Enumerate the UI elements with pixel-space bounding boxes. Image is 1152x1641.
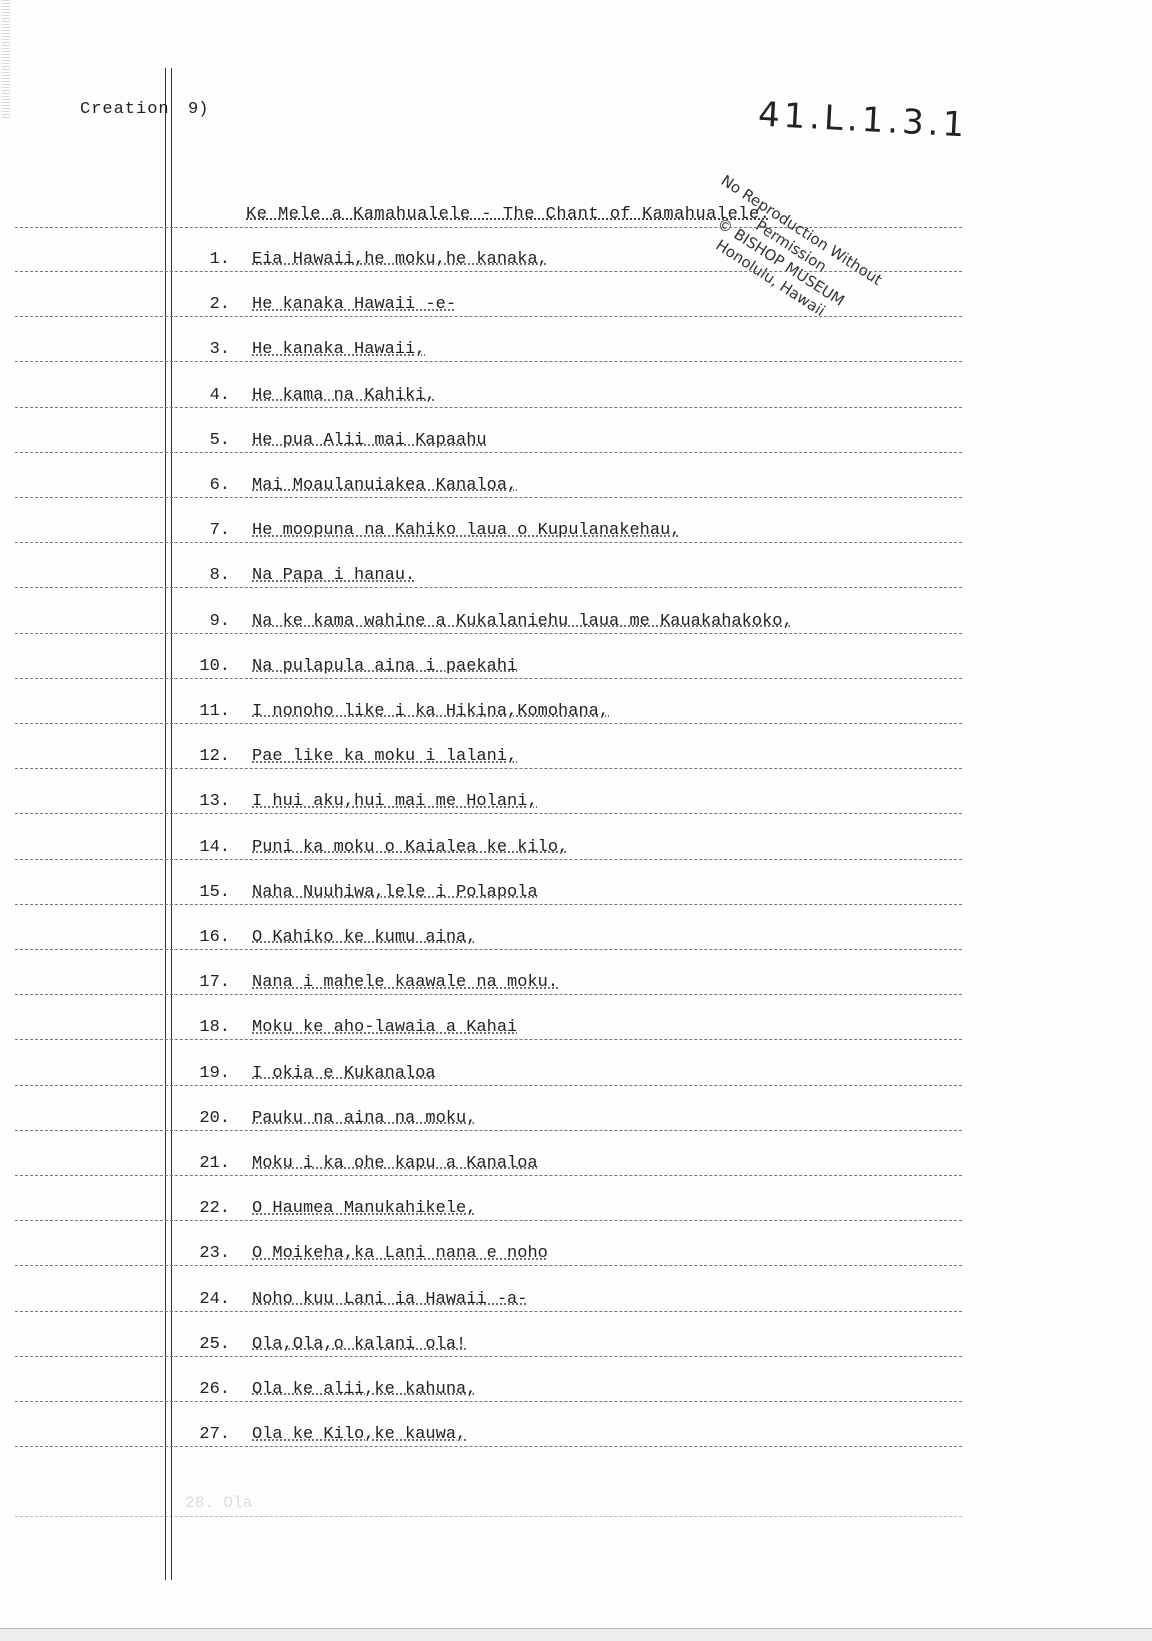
chant-title: Ke Mele a Kamahualele - The Chant of Kam… xyxy=(246,205,770,224)
page-marker: 9) xyxy=(188,100,208,119)
faint-line-28: 28. Ola xyxy=(185,1494,252,1512)
ruled-line xyxy=(15,949,962,950)
line-number: 9. xyxy=(180,612,230,631)
ruled-line xyxy=(15,768,962,769)
line-number: 4. xyxy=(180,386,230,405)
document-page: Creation 9) 41.L.1.3.1 No Reproduction W… xyxy=(0,0,1152,1641)
line-text: Nana i mahele kaawale na moku. xyxy=(252,973,558,992)
ruled-line xyxy=(15,271,962,272)
ruled-line xyxy=(15,1265,962,1266)
ruled-line xyxy=(15,1446,962,1447)
line-text: Na pulapula aina i paekahi xyxy=(252,657,517,676)
line-text: Pae like ka moku i lalani, xyxy=(252,747,517,766)
line-text: O Moikeha,ka Lani nana e noho xyxy=(252,1244,548,1263)
ruled-line xyxy=(15,904,962,905)
line-text: He kanaka Hawaii, xyxy=(252,340,425,359)
ruled-line xyxy=(15,994,962,995)
line-number: 22. xyxy=(180,1199,230,1218)
line-text: Ola ke alii,ke kahuna, xyxy=(252,1380,476,1399)
line-text: He moopuna na Kahiko laua o Kupulanakeha… xyxy=(252,521,680,540)
line-number: 7. xyxy=(180,521,230,540)
catalog-number: 41.L.1.3.1 xyxy=(757,95,969,146)
line-text: O Haumea Manukahikele, xyxy=(252,1199,476,1218)
line-text: Puni ka moku o Kaialea ke kilo, xyxy=(252,838,568,857)
line-text: He pua Alii mai Kapaahu xyxy=(252,431,487,450)
line-number: 14. xyxy=(180,838,230,857)
line-number: 19. xyxy=(180,1064,230,1083)
ruled-line xyxy=(15,859,962,860)
ruled-line xyxy=(15,813,962,814)
line-text: Naha Nuuhiwa,lele i Polapola xyxy=(252,883,538,902)
ruled-line xyxy=(15,723,962,724)
line-number: 5. xyxy=(180,431,230,450)
line-text: Na ke kama wahine a Kukalaniehu laua me … xyxy=(252,612,793,631)
line-number: 16. xyxy=(180,928,230,947)
ruled-line xyxy=(15,542,962,543)
line-number: 13. xyxy=(180,792,230,811)
ruled-line xyxy=(15,316,962,317)
ruled-line xyxy=(15,497,962,498)
line-text: Na Papa i hanau. xyxy=(252,566,415,585)
line-text: He kanaka Hawaii -e- xyxy=(252,295,456,314)
ruled-line xyxy=(15,1220,962,1221)
line-text: Pauku na aina na moku, xyxy=(252,1109,476,1128)
scan-edge-artifact xyxy=(2,0,10,120)
line-number: 17. xyxy=(180,973,230,992)
line-number: 8. xyxy=(180,566,230,585)
margin-rule xyxy=(165,68,172,1580)
line-number: 26. xyxy=(180,1380,230,1399)
line-text: I hui aku,hui mai me Holani, xyxy=(252,792,538,811)
line-number: 12. xyxy=(180,747,230,766)
ruled-line xyxy=(15,633,962,634)
line-text: I okia e Kukanaloa xyxy=(252,1064,436,1083)
line-text: I nonoho like i ka Hikina,Komohana, xyxy=(252,702,609,721)
line-number: 18. xyxy=(180,1018,230,1037)
line-number: 23. xyxy=(180,1244,230,1263)
ruled-line xyxy=(15,1039,962,1040)
line-text: He kama na Kahiki, xyxy=(252,386,436,405)
line-text: O Kahiko ke kumu aina, xyxy=(252,928,476,947)
line-number: 10. xyxy=(180,657,230,676)
line-text: Ola,Ola,o kalani ola! xyxy=(252,1335,466,1354)
ruled-line xyxy=(15,452,962,453)
page-bottom-edge xyxy=(0,1628,1152,1641)
line-number: 15. xyxy=(180,883,230,902)
line-text: Ola ke Kilo,ke kauwa, xyxy=(252,1425,466,1444)
line-number: 11. xyxy=(180,702,230,721)
ruled-line xyxy=(15,1401,962,1402)
line-text: Noho kuu Lani ia Hawaii -a- xyxy=(252,1290,527,1309)
ruled-line xyxy=(15,678,962,679)
ruled-line xyxy=(15,1311,962,1312)
line-text: Mai Moaulanuiakea Kanaloa, xyxy=(252,476,517,495)
line-number: 1. xyxy=(180,250,230,269)
ruled-line xyxy=(15,361,962,362)
line-number: 3. xyxy=(180,340,230,359)
copyright-stamp: No Reproduction Without Permission © BIS… xyxy=(669,160,903,349)
line-number: 24. xyxy=(180,1290,230,1309)
ruled-line xyxy=(15,227,962,228)
ruled-line xyxy=(15,407,962,408)
ruled-line xyxy=(15,1175,962,1176)
line-number: 20. xyxy=(180,1109,230,1128)
line-number: 2. xyxy=(180,295,230,314)
line-number: 25. xyxy=(180,1335,230,1354)
line-number: 21. xyxy=(180,1154,230,1173)
ruled-line xyxy=(15,1356,962,1357)
section-label: Creation xyxy=(80,100,170,119)
line-text: Moku i ka ohe kapu a Kanaloa xyxy=(252,1154,538,1173)
ruled-line xyxy=(15,1516,962,1517)
ruled-line xyxy=(15,1130,962,1131)
line-text: Moku ke aho-lawaia a Kahai xyxy=(252,1018,517,1037)
line-text: Eia Hawaii,he moku,he kanaka, xyxy=(252,250,548,269)
ruled-line xyxy=(15,587,962,588)
line-number: 6. xyxy=(180,476,230,495)
line-number: 27. xyxy=(180,1425,230,1444)
ruled-line xyxy=(15,1085,962,1086)
